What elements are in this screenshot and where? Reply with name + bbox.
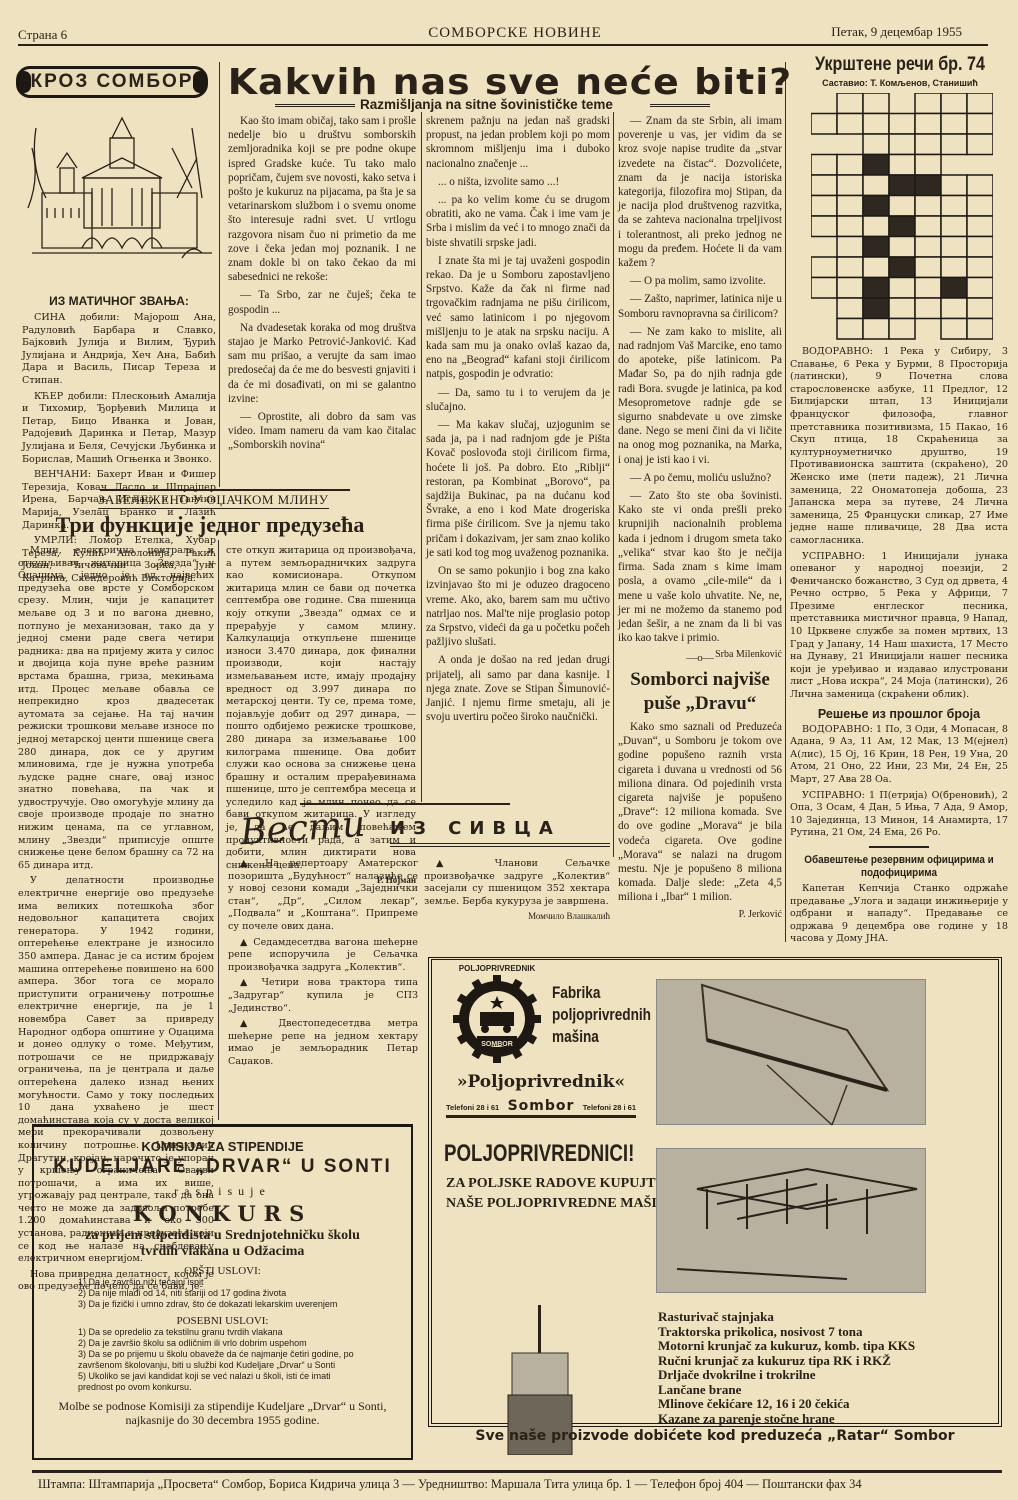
crossword-cell[interactable] <box>811 278 837 299</box>
mill-kicker: ЗАБЕЛЕЖЕНО У ОЏАЧКОМ МЛИНУ <box>98 492 329 509</box>
column-divider <box>218 540 219 1120</box>
crossword-cell[interactable] <box>941 257 967 278</box>
registry-title: ИЗ МАТИЧНОГ ЗВАЊА: <box>22 294 216 308</box>
crossword-cell[interactable] <box>967 237 993 258</box>
mill-title: Три функције једног предузећа <box>30 512 390 538</box>
triangle-bullet-icon: ▲ <box>240 937 253 948</box>
paragraph: Млин, електрична централа и откупљивач ж… <box>18 545 214 872</box>
column-divider <box>421 112 422 802</box>
column-divider <box>219 62 220 487</box>
crossword-block <box>863 196 889 217</box>
crossword-cell[interactable] <box>837 93 863 114</box>
crossword-cell[interactable] <box>837 175 863 196</box>
brand-name: »Poljoprivrednik« <box>446 1072 636 1092</box>
crossword-cell[interactable] <box>915 134 941 155</box>
product-list: Rasturivač stajnjakaTraktorska prikolica… <box>658 1310 915 1426</box>
general-conditions-list: 1) Da je završio niži tečajni ispit2) Da… <box>40 1277 405 1310</box>
crossword-cell[interactable] <box>941 93 967 114</box>
column-divider <box>613 112 614 857</box>
product-item: Ručni krunjač za kukuruz tipa RK i RKŽ <box>658 1354 915 1369</box>
crossword-block <box>863 237 889 258</box>
crossword-clues: ВОДОРАВНО: 1 Река у Сибиру, 3 Спавање, 6… <box>790 346 1008 949</box>
paragraph: — Ne zam kako to mislite, ali nad radnjo… <box>618 325 782 467</box>
crossword-cell[interactable] <box>967 196 993 217</box>
somborci-text: Kako smo saznali od Preduzeća „Duvan“, u… <box>618 720 782 905</box>
condition-item: 3) Da se po prijemu u školu obaveže da ć… <box>78 1349 365 1371</box>
divider <box>869 846 929 848</box>
crossword-cell[interactable] <box>915 257 941 278</box>
news-item: ▲ Седамдесетдва вагона шећерне репе испо… <box>228 937 418 975</box>
crossword-cell[interactable] <box>837 298 863 319</box>
general-conditions-title: OPŠTI USLOVI: <box>40 1265 405 1277</box>
news-item: ▲ На репертоару Аматерског позоришта „Бу… <box>228 858 418 934</box>
product-item: Lančane brane <box>658 1383 915 1398</box>
crossword-cell[interactable] <box>889 278 915 299</box>
solution-across: ВОДОРАВНО: 1 По, 3 Оди, 4 Мопасан, 8 Ада… <box>790 724 1008 787</box>
crossword-cell[interactable] <box>863 216 889 237</box>
paragraph: I znate šta mi je taj uvaženi gospodin r… <box>426 254 610 382</box>
crossword-cell[interactable] <box>941 216 967 237</box>
paragraph: — Da, samo tu i to verujem da je slučajn… <box>426 386 610 414</box>
somborci-title-line1: Somborci najviše <box>618 668 782 692</box>
paragraph: — Zato što ste oba šovinisti. Kako ste v… <box>618 489 782 645</box>
crossword-cell[interactable] <box>863 134 889 155</box>
crossword-cell[interactable] <box>941 134 967 155</box>
crossword-cell[interactable] <box>915 298 941 319</box>
condition-item: 2) Da nije mlađi od 14, niti stariji od … <box>78 1288 405 1299</box>
somborci-article: —o— Somborci najviše puše „Dravu“ Kako s… <box>618 652 782 920</box>
crossword-down: УСПРАВНО: 1 Иницијали јунака опеваног у … <box>790 551 1008 702</box>
gear-logo-icon <box>452 974 542 1064</box>
konkurs-heading: KONKURS <box>40 1201 405 1226</box>
main-article-col3: — Znam da ste Srbin, ali imam poverenje … <box>618 114 782 660</box>
paragraph: A onda je došao na red jedan drugi prija… <box>426 653 610 724</box>
crossword-cell[interactable] <box>889 134 915 155</box>
product-item: Rasturivač stajnjaka <box>658 1310 915 1325</box>
ad-footer-line: Sve naše proizvode dobićete kod preduzeć… <box>432 1428 998 1444</box>
crossword-cell[interactable] <box>915 155 941 176</box>
subtitle-ornament <box>650 104 710 107</box>
crossword-cell[interactable] <box>967 298 993 319</box>
logo-text-bottom: SOMBOR <box>473 1041 521 1048</box>
crossword-cell[interactable] <box>941 114 967 135</box>
harrow-photo-icon <box>657 980 927 1126</box>
crossword-cell[interactable] <box>915 278 941 299</box>
paragraph: — Oprostite, ali dobro da sam vas video.… <box>228 410 416 453</box>
crossword-block <box>863 155 889 176</box>
paragraph: — A po čemu, moliću uslužno? <box>618 471 782 485</box>
solution-title: Решење из прошлог броја <box>790 707 1008 721</box>
main-article-col2: skrenem pažnju na jedan naš gradski prop… <box>426 114 610 728</box>
crossword-cell[interactable] <box>915 237 941 258</box>
vesti-title-rule <box>390 843 610 847</box>
somborci-author: P. Jerković <box>618 909 782 920</box>
crossword-cell[interactable] <box>941 319 967 340</box>
newspaper-name: СОМБОРСКЕ НОВИНЕ <box>400 25 630 42</box>
crossword-cell[interactable] <box>967 134 993 155</box>
crossword-cell[interactable] <box>941 298 967 319</box>
crossword-cell[interactable] <box>967 114 993 135</box>
column-divider <box>785 62 786 942</box>
konkurs-line3: raspisuje <box>40 1184 405 1199</box>
crossword-cell[interactable] <box>837 114 863 135</box>
poljoprivrednik-advertisement: POLJOPRIVREDNIK SOMBOR Fabrika poljopriv… <box>428 957 1002 1427</box>
crossword-cell[interactable] <box>863 114 889 135</box>
condition-item: 5) Ukoliko se javi kandidat koji se već … <box>78 1371 365 1393</box>
phone-left: Telefoni 28 i 61 <box>446 1103 499 1112</box>
vesti-col-left: ▲ На репертоару Аматерског позоришта „Бу… <box>228 858 418 1072</box>
crossword-cell[interactable] <box>889 298 915 319</box>
manure-spreader-photo <box>656 979 926 1125</box>
solution-down: УСПРАВНО: 1 П(етрија) О(бреновић), 2 Опа… <box>790 790 1008 840</box>
vesti-script-title: Вести <box>239 804 367 854</box>
crossword-cell[interactable] <box>967 216 993 237</box>
paragraph: ... o ništa, izvolite samo ...! <box>426 175 610 189</box>
crossword-author: Саставио: Т. Комљенов, Станишић <box>790 78 1010 88</box>
divider <box>446 1115 636 1118</box>
product-item: Motorni krunjač za kukuruz, komb. tipa K… <box>658 1339 915 1354</box>
crossword-cell[interactable] <box>967 257 993 278</box>
contact-line: Telefoni 28 i 61 Sombor Telefoni 28 i 61 <box>446 1098 636 1114</box>
crossword-cell[interactable] <box>941 196 967 217</box>
crossword-block <box>863 278 889 299</box>
paragraph: — Ta Srbo, zar ne čuješ; čeka te gospodi… <box>228 288 416 316</box>
paragraph: skrenem pažnju na jedan naš gradski prop… <box>426 114 610 171</box>
crossword-cell[interactable] <box>967 175 993 196</box>
crossword-cell[interactable] <box>811 175 837 196</box>
condition-item: 2) Da je završio školu sa odličnim ili v… <box>78 1338 365 1349</box>
imprint: Штампа: Штампарија „Просвета“ Сомбор, Бо… <box>38 1477 1003 1492</box>
crossword-cell[interactable] <box>889 114 915 135</box>
triangle-bullet-icon: ▲ <box>240 977 262 988</box>
factory-line: Fabrika <box>552 982 651 1004</box>
crossword-cell[interactable] <box>863 257 889 278</box>
crossword-cell[interactable] <box>837 196 863 217</box>
news-item: ▲ Четири нова трактора типа „Задругар“ к… <box>228 977 418 1015</box>
crossword-cell[interactable] <box>837 319 863 340</box>
crossword-cell[interactable] <box>863 93 889 114</box>
vesti-col-right: ▲ Чланови Сељачке произвођачке задруге „… <box>424 858 610 921</box>
paragraph: Kao što imam običaj, tako sam i prošle n… <box>228 114 416 284</box>
paragraph: On se samo pokunjio i bog zna kako izvin… <box>426 564 610 649</box>
page-number: Страна 6 <box>18 27 67 43</box>
registry-births-daughters: КЋЕР добили: Плескоњић Амалија и Тихомир… <box>22 391 216 467</box>
triangle-bullet-icon: ▲ <box>240 1018 278 1029</box>
vesti-author: Момчило Влашкалић <box>424 911 610 921</box>
crossword-cell[interactable] <box>837 257 863 278</box>
crossword-cell[interactable] <box>811 155 837 176</box>
logo-text-top: POLJOPRIVREDNIK <box>444 964 550 973</box>
crossword-cell[interactable] <box>889 319 915 340</box>
crossword-cell[interactable] <box>811 257 837 278</box>
divider <box>300 803 510 805</box>
registry-births-sons: СИНА добили: Мајорош Ана, Радуловић Барб… <box>22 312 216 388</box>
paragraph: — Znam da ste Srbin, ali imam poverenje … <box>618 114 782 270</box>
crossword-block <box>889 216 915 237</box>
crossword-cell[interactable] <box>941 175 967 196</box>
crossword-cell[interactable] <box>811 114 837 135</box>
konkurs-line5: za prijem stipendista u Srednjotehničku … <box>40 1228 405 1244</box>
officers-notice-title: Обавештење резервним официрима и подофиц… <box>801 854 997 880</box>
crossword-cell[interactable] <box>915 114 941 135</box>
crossword-cell[interactable] <box>941 237 967 258</box>
harrow-frame-photo <box>656 1148 926 1293</box>
paragraph: — Zašto, naprimer, latinica nije u Sombo… <box>618 292 782 320</box>
konkurs-line1: KOMISIJA ZA STIPENDIJE <box>40 1139 405 1154</box>
crossword-cell[interactable] <box>837 237 863 258</box>
crossword-cell[interactable] <box>889 155 915 176</box>
crossword-grid[interactable] <box>811 93 993 340</box>
crossword-cell[interactable] <box>837 216 863 237</box>
crossword-cell[interactable] <box>967 93 993 114</box>
news-item: ▲ Двестопедесетдва метра шећерне репе на… <box>228 1018 418 1068</box>
ad-subheadline: ZA POLJSKE RADOVE KUPUJTE NAŠE POLJOPRIV… <box>446 1174 676 1214</box>
crossword-cell[interactable] <box>863 319 889 340</box>
crossword-cell[interactable] <box>889 237 915 258</box>
town-hall-sketch-icon <box>22 108 218 288</box>
triangle-bullet-icon: ▲ <box>436 858 495 869</box>
header-rule <box>18 44 988 46</box>
konkurs-closing: Molbe se podnose Komisiji za stipendije … <box>40 1399 405 1427</box>
city-name: Sombor <box>508 1098 575 1114</box>
officers-notice-text: Капетан Кепчија Станко одржаће предавање… <box>790 883 1008 946</box>
subheadline-line: ZA POLJSKE RADOVE KUPUJTE <box>446 1174 676 1194</box>
main-article-subtitle: Razmišljanja na sitne šovinističke teme <box>360 97 613 112</box>
crossword-block <box>889 175 915 196</box>
crossword-cell[interactable] <box>915 93 941 114</box>
paragraph: — Ma kakav slučaj, uzjogunim se sada ja,… <box>426 418 610 560</box>
crossword-block <box>915 175 941 196</box>
ornament: —o— <box>618 652 782 664</box>
crossword-cell[interactable] <box>837 155 863 176</box>
kroz-sombor-badge: КРОЗ СОМБОР <box>16 66 208 98</box>
crossword-block <box>889 257 915 278</box>
konkurs-line2: KUDELJARE „DRVAR“ U SONTI <box>40 1156 405 1178</box>
product-item: Traktorska prikolica, nosivost 7 tona <box>658 1325 915 1340</box>
news-item: ▲ Чланови Сељачке произвођачке задруге „… <box>424 858 610 908</box>
crossword-cell[interactable] <box>915 196 941 217</box>
crossword-block <box>863 298 889 319</box>
paragraph: ... pa ko velim kome ću se drugom obrati… <box>426 193 610 250</box>
ad-headline: POLJOPRIVREDNICI! <box>444 1140 634 1168</box>
special-conditions-list: 1) Da se opredelio za tekstilnu granu tv… <box>40 1327 405 1393</box>
crossword-across: ВОДОРАВНО: 1 Река у Сибиру, 3 Спавање, 6… <box>790 346 1008 548</box>
crossword-cell[interactable] <box>811 216 837 237</box>
crossword-cell[interactable] <box>967 319 993 340</box>
phone-right: Telefoni 28 i 61 <box>583 1103 636 1112</box>
crossword-title: Укрштене речи бр. 74 <box>807 54 994 76</box>
condition-item: 1) Da je završio niži tečajni ispit <box>78 1277 405 1288</box>
factory-line: poljoprivrednih <box>552 1004 651 1026</box>
condition-item: 3) Da je fizički i umno zdrav, što će do… <box>78 1299 405 1310</box>
kicker-rule <box>100 489 350 491</box>
vesti-title: ИЗ СИВЦА <box>390 818 561 839</box>
konkurs-advertisement: KOMISIJA ZA STIPENDIJE KUDELJARE „DRVAR“… <box>32 1124 413 1460</box>
somborci-title-line2: puše „Dravu“ <box>618 692 782 716</box>
crossword-cell[interactable] <box>837 278 863 299</box>
paragraph: — O pa molim, samo izvolite. <box>618 274 782 288</box>
footer-rule <box>32 1470 1002 1473</box>
product-item: Mlinove čekićare 12, 16 i 20 čekića <box>658 1397 915 1412</box>
crossword-cell[interactable] <box>967 278 993 299</box>
tractor-trailer-photo-icon <box>657 1149 927 1294</box>
factory-name: Fabrika poljoprivrednih mašina <box>552 982 651 1048</box>
crossword-cell[interactable] <box>915 216 941 237</box>
crossword-cell[interactable] <box>863 175 889 196</box>
paragraph: Na dvadesetak koraka od mog društva staj… <box>228 321 416 406</box>
special-conditions-title: POSEBNI USLOVI: <box>40 1315 405 1327</box>
subheadline-line: NAŠE POLJOPRIVREDNE MAŠINE <box>446 1194 676 1214</box>
issue-date: Петак, 9 децембар 1955 <box>831 24 962 40</box>
konkurs-line6: tvrdih vlakana u Odžacima <box>40 1244 405 1260</box>
product-item: Drljače dvokrilne i trokrilne <box>658 1368 915 1383</box>
factory-line: mašina <box>552 1026 651 1048</box>
crossword-block <box>941 278 967 299</box>
triangle-bullet-icon: ▲ <box>240 858 265 869</box>
crossword-cell[interactable] <box>811 196 837 217</box>
condition-item: 1) Da se opredelio za tekstilnu granu tv… <box>78 1327 365 1338</box>
main-article-col1: Kao što imam običaj, tako sam i prošle n… <box>228 114 416 457</box>
subtitle-ornament <box>275 104 355 107</box>
crossword-cell[interactable] <box>889 196 915 217</box>
product-item: Kazane za parenje stočne hrane <box>658 1412 915 1427</box>
